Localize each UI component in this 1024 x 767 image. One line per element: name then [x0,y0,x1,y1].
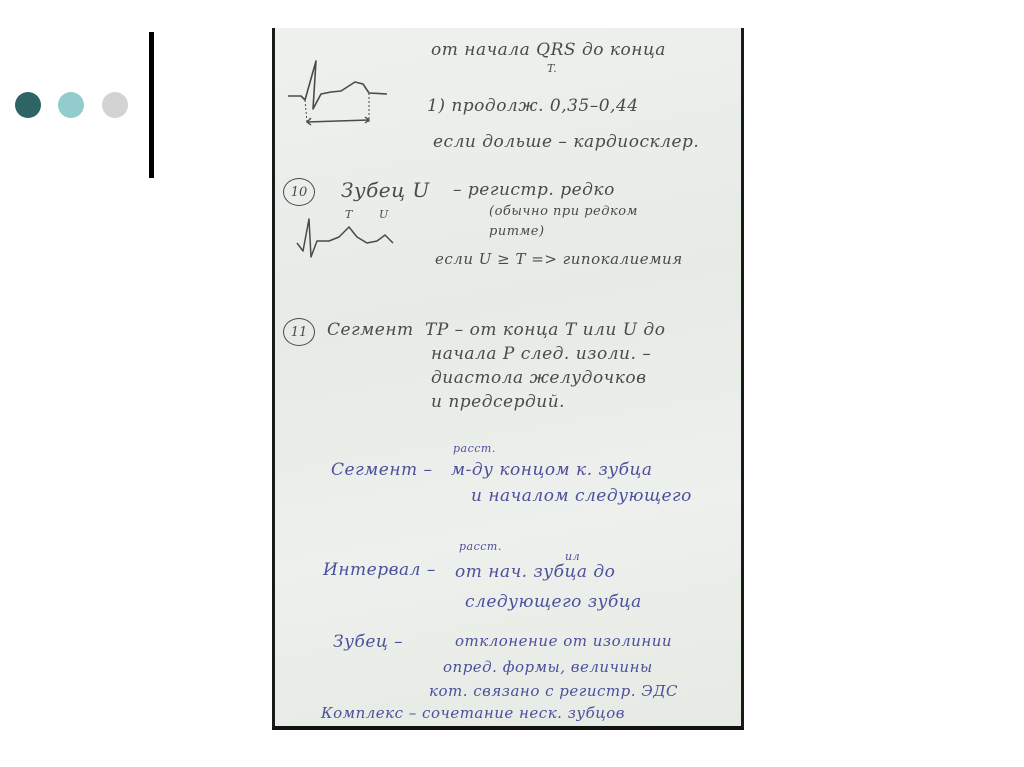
u-wave-title: Зубец U [341,178,430,202]
scanned-note-page: от начала QRS до конца T. 1) продолж. 0,… [272,28,744,730]
u-wave-line-3: ритме) [489,224,545,239]
decor-dot-dark-teal [15,92,41,118]
wave-line-1: отклонение от изолинии [455,632,672,650]
section-number-10: 10 [283,178,315,206]
qt-line-1-sub: T. [547,62,557,75]
qt-line-3: если дольше – кардиосклер. [433,132,699,152]
wave-line-3: кот. связано с регистр. ЭДС [429,682,678,700]
decor-dot-light-gray [102,92,128,118]
interval-term: Интервал – [323,560,436,580]
interval-note: расст. [459,540,502,553]
complex-line: Комплекс – сочетание неск. зубцов [321,704,625,722]
interval-line-1: от нач. зубца до [455,562,615,582]
tp-line-1: TP – от конца T или U до [425,320,665,340]
segment-note: расст. [453,442,496,455]
interval-line-2: следующего зубца [465,592,642,612]
ecg-u-wave-sketch-icon [293,213,403,268]
tp-line-2: начала P след. изоли. – [431,344,651,364]
wave-line-2: опред. формы, величины [443,658,653,676]
qt-line-2: 1) продолж. 0,35–0,44 [427,96,639,116]
segment-line-1: м-ду концом к. зубца [451,460,653,480]
sketch-label-u: U [379,208,389,221]
vertical-divider [149,32,154,178]
segment-line-2: и началом следующего [471,486,692,506]
ecg-qt-sketch-icon [283,56,393,136]
qt-line-1: от начала QRS до конца [431,40,666,60]
decor-dot-light-teal [58,92,84,118]
section-number-11: 11 [283,318,315,346]
u-wave-line-2: (обычно при редком [489,204,638,219]
u-wave-line-1: – регистр. редко [453,180,615,200]
u-wave-line-4: если U ≥ T => гипокалиемия [435,250,683,268]
tp-line-4: и предсердий. [431,392,565,412]
sketch-label-t: T [345,208,353,221]
tp-title: Сегмент [327,320,414,340]
wave-term: Зубец – [333,632,403,652]
tp-line-3: диастола желудочков [431,368,647,388]
segment-term: Сегмент – [331,460,433,480]
